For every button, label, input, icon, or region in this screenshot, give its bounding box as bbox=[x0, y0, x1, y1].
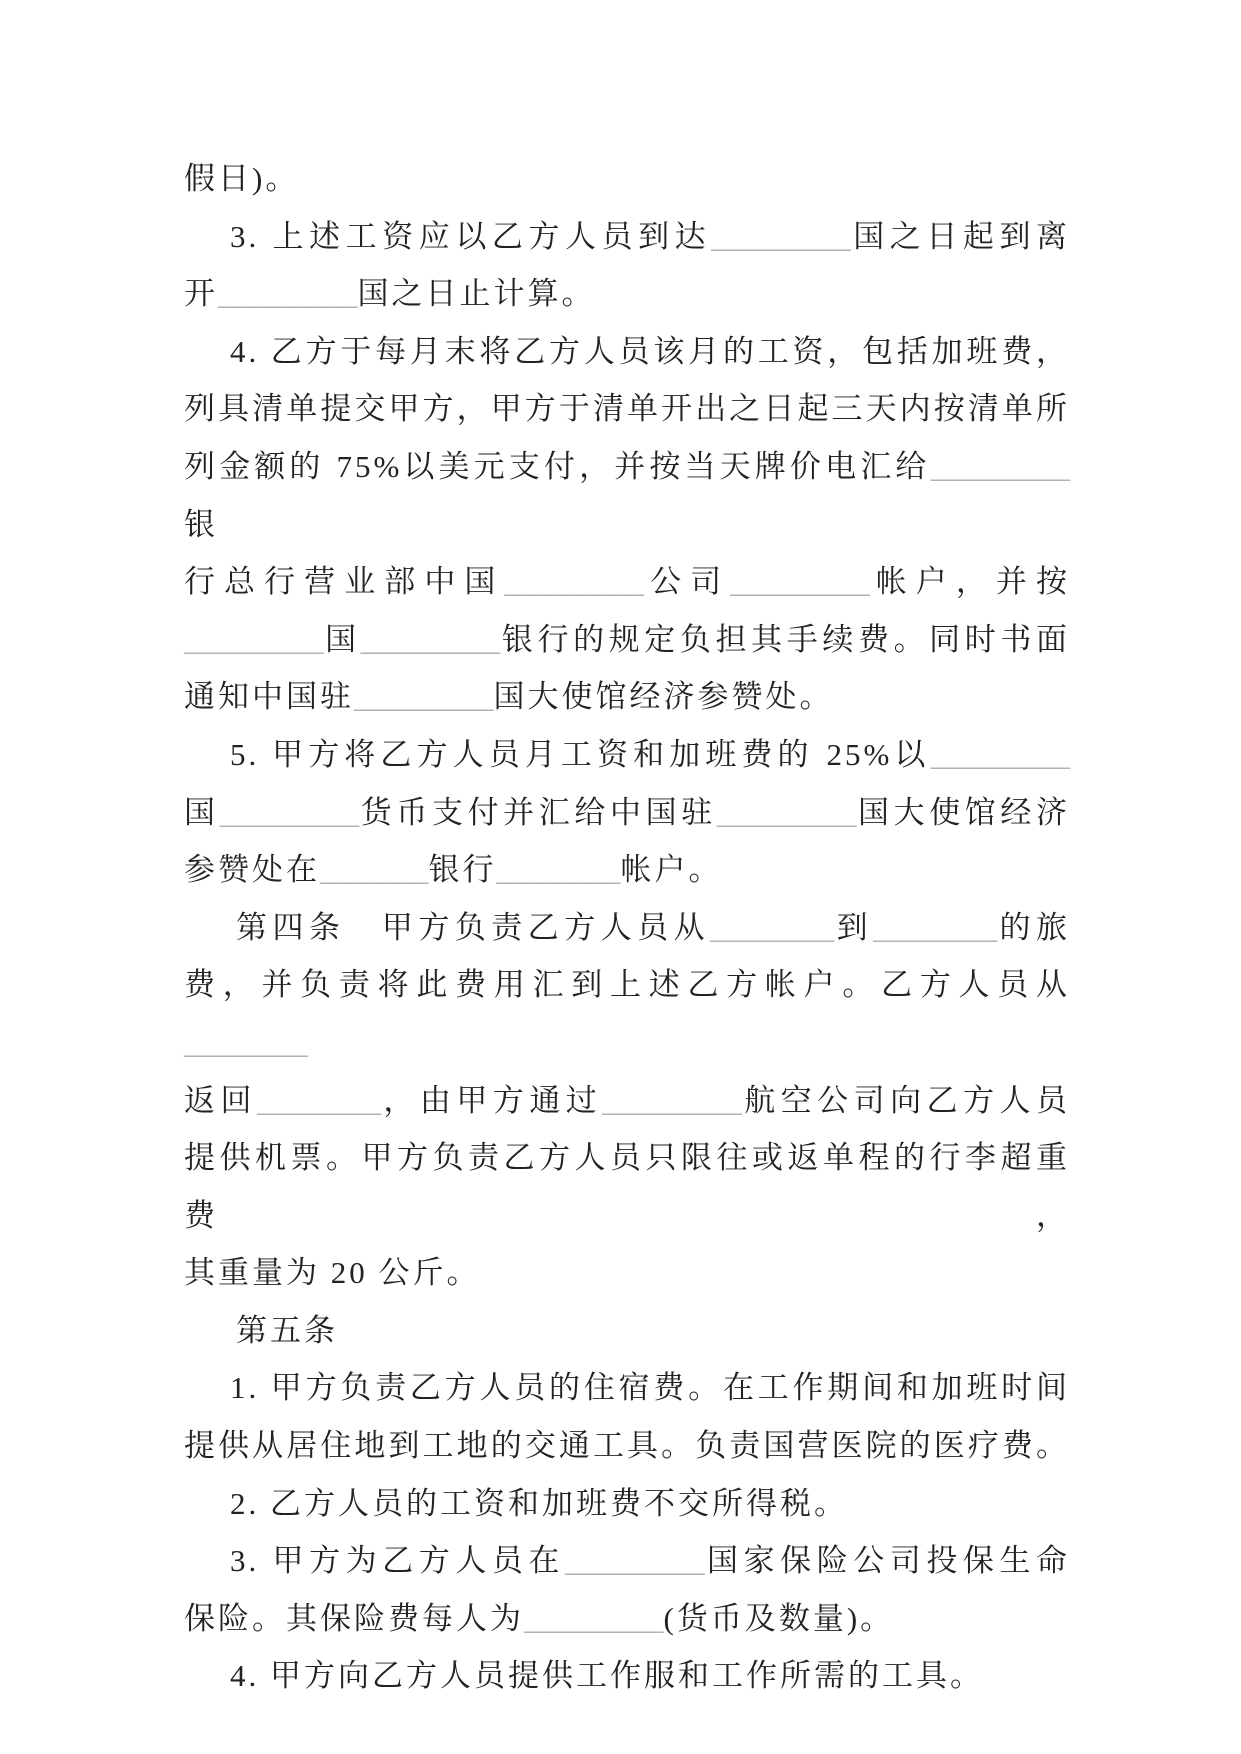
fill-in-blank: _________ bbox=[218, 276, 358, 311]
text-line: 费，并负责将此费用汇到上述乙方帐户。乙方人员从________ bbox=[184, 956, 1070, 1071]
text-line: 国_________货币支付并汇给中国驻_________国大使馆经济 bbox=[184, 784, 1070, 842]
fill-in-blank: _________ bbox=[730, 564, 870, 599]
text-line: 提供从居住地到工地的交通工具。负责国营医院的医疗费。 bbox=[184, 1417, 1070, 1475]
fill-in-blank: ________ bbox=[184, 1025, 308, 1060]
text-line: 4. 乙方于每月末将乙方人员该月的工资，包括加班费， bbox=[184, 323, 1070, 381]
fill-in-blank: _________ bbox=[717, 795, 857, 830]
text-line: 返回________，由甲方通过_________航空公司向乙方人员 bbox=[184, 1072, 1070, 1130]
text-line: 列金额的 75%以美元支付，并按当天牌价电汇给_________银 bbox=[184, 438, 1070, 553]
document-page: 假日)。3. 上述工资应以乙方人员到达_________国之日起到离开_____… bbox=[0, 0, 1241, 1754]
text-line: 提供机票。甲方负责乙方人员只限往或返单程的行李超重费， bbox=[184, 1129, 1070, 1244]
fill-in-blank: _________ bbox=[505, 564, 645, 599]
fill-in-blank: _________ bbox=[220, 795, 360, 830]
text-line: 1. 甲方负责乙方人员的住宿费。在工作期间和加班时间 bbox=[184, 1359, 1070, 1417]
text-line: 参赞处在_______银行________帐户。 bbox=[184, 841, 1070, 899]
text-line: 3. 上述工资应以乙方人员到达_________国之日起到离 bbox=[184, 208, 1070, 266]
fill-in-blank: _________ bbox=[524, 1601, 664, 1636]
text-line: 通知中国驻_________国大使馆经济参赞处。 bbox=[184, 668, 1070, 726]
fill-in-blank: ________ bbox=[710, 910, 834, 945]
fill-in-blank: _________ bbox=[361, 622, 501, 657]
text-line: 第五条 bbox=[184, 1302, 1070, 1360]
fill-in-blank: ________ bbox=[497, 852, 621, 887]
text-line: 其重量为 20 公斤。 bbox=[184, 1244, 1070, 1302]
text-line: 保险。其保险费每人为_________(货币及数量)。 bbox=[184, 1590, 1070, 1648]
text-line: 5. 甲方将乙方人员月工资和加班费的 25%以_________ bbox=[184, 726, 1070, 784]
fill-in-blank: _________ bbox=[354, 679, 494, 714]
text-line: 开_________国之日止计算。 bbox=[184, 265, 1070, 323]
text-line: 2. 乙方人员的工资和加班费不交所得税。 bbox=[184, 1475, 1070, 1533]
fill-in-blank: _________ bbox=[565, 1543, 705, 1578]
fill-in-blank: _________ bbox=[931, 737, 1071, 772]
contract-body: 假日)。3. 上述工资应以乙方人员到达_________国之日起到离开_____… bbox=[184, 150, 1070, 1705]
fill-in-blank: _________ bbox=[931, 449, 1071, 484]
fill-in-blank: _________ bbox=[711, 219, 851, 254]
fill-in-blank: _______ bbox=[320, 852, 429, 887]
text-line: 4. 甲方向乙方人员提供工作服和工作所需的工具。 bbox=[184, 1647, 1070, 1705]
text-line: 列具清单提交甲方，甲方于清单开出之日起三天内按清单所 bbox=[184, 380, 1070, 438]
fill-in-blank: _________ bbox=[602, 1083, 742, 1118]
text-line: 第四条 甲方负责乙方人员从________到________的旅 bbox=[184, 899, 1070, 957]
fill-in-blank: _________ bbox=[184, 622, 324, 657]
fill-in-blank: ________ bbox=[257, 1083, 381, 1118]
text-line: 3. 甲方为乙方人员在_________国家保险公司投保生命 bbox=[184, 1532, 1070, 1590]
fill-in-blank: ________ bbox=[873, 910, 997, 945]
text-line: 假日)。 bbox=[184, 150, 1070, 208]
text-line: 行总行营业部中国_________公司_________帐户，并按 bbox=[184, 553, 1070, 611]
text-line: _________国_________银行的规定负担其手续费。同时书面 bbox=[184, 611, 1070, 669]
